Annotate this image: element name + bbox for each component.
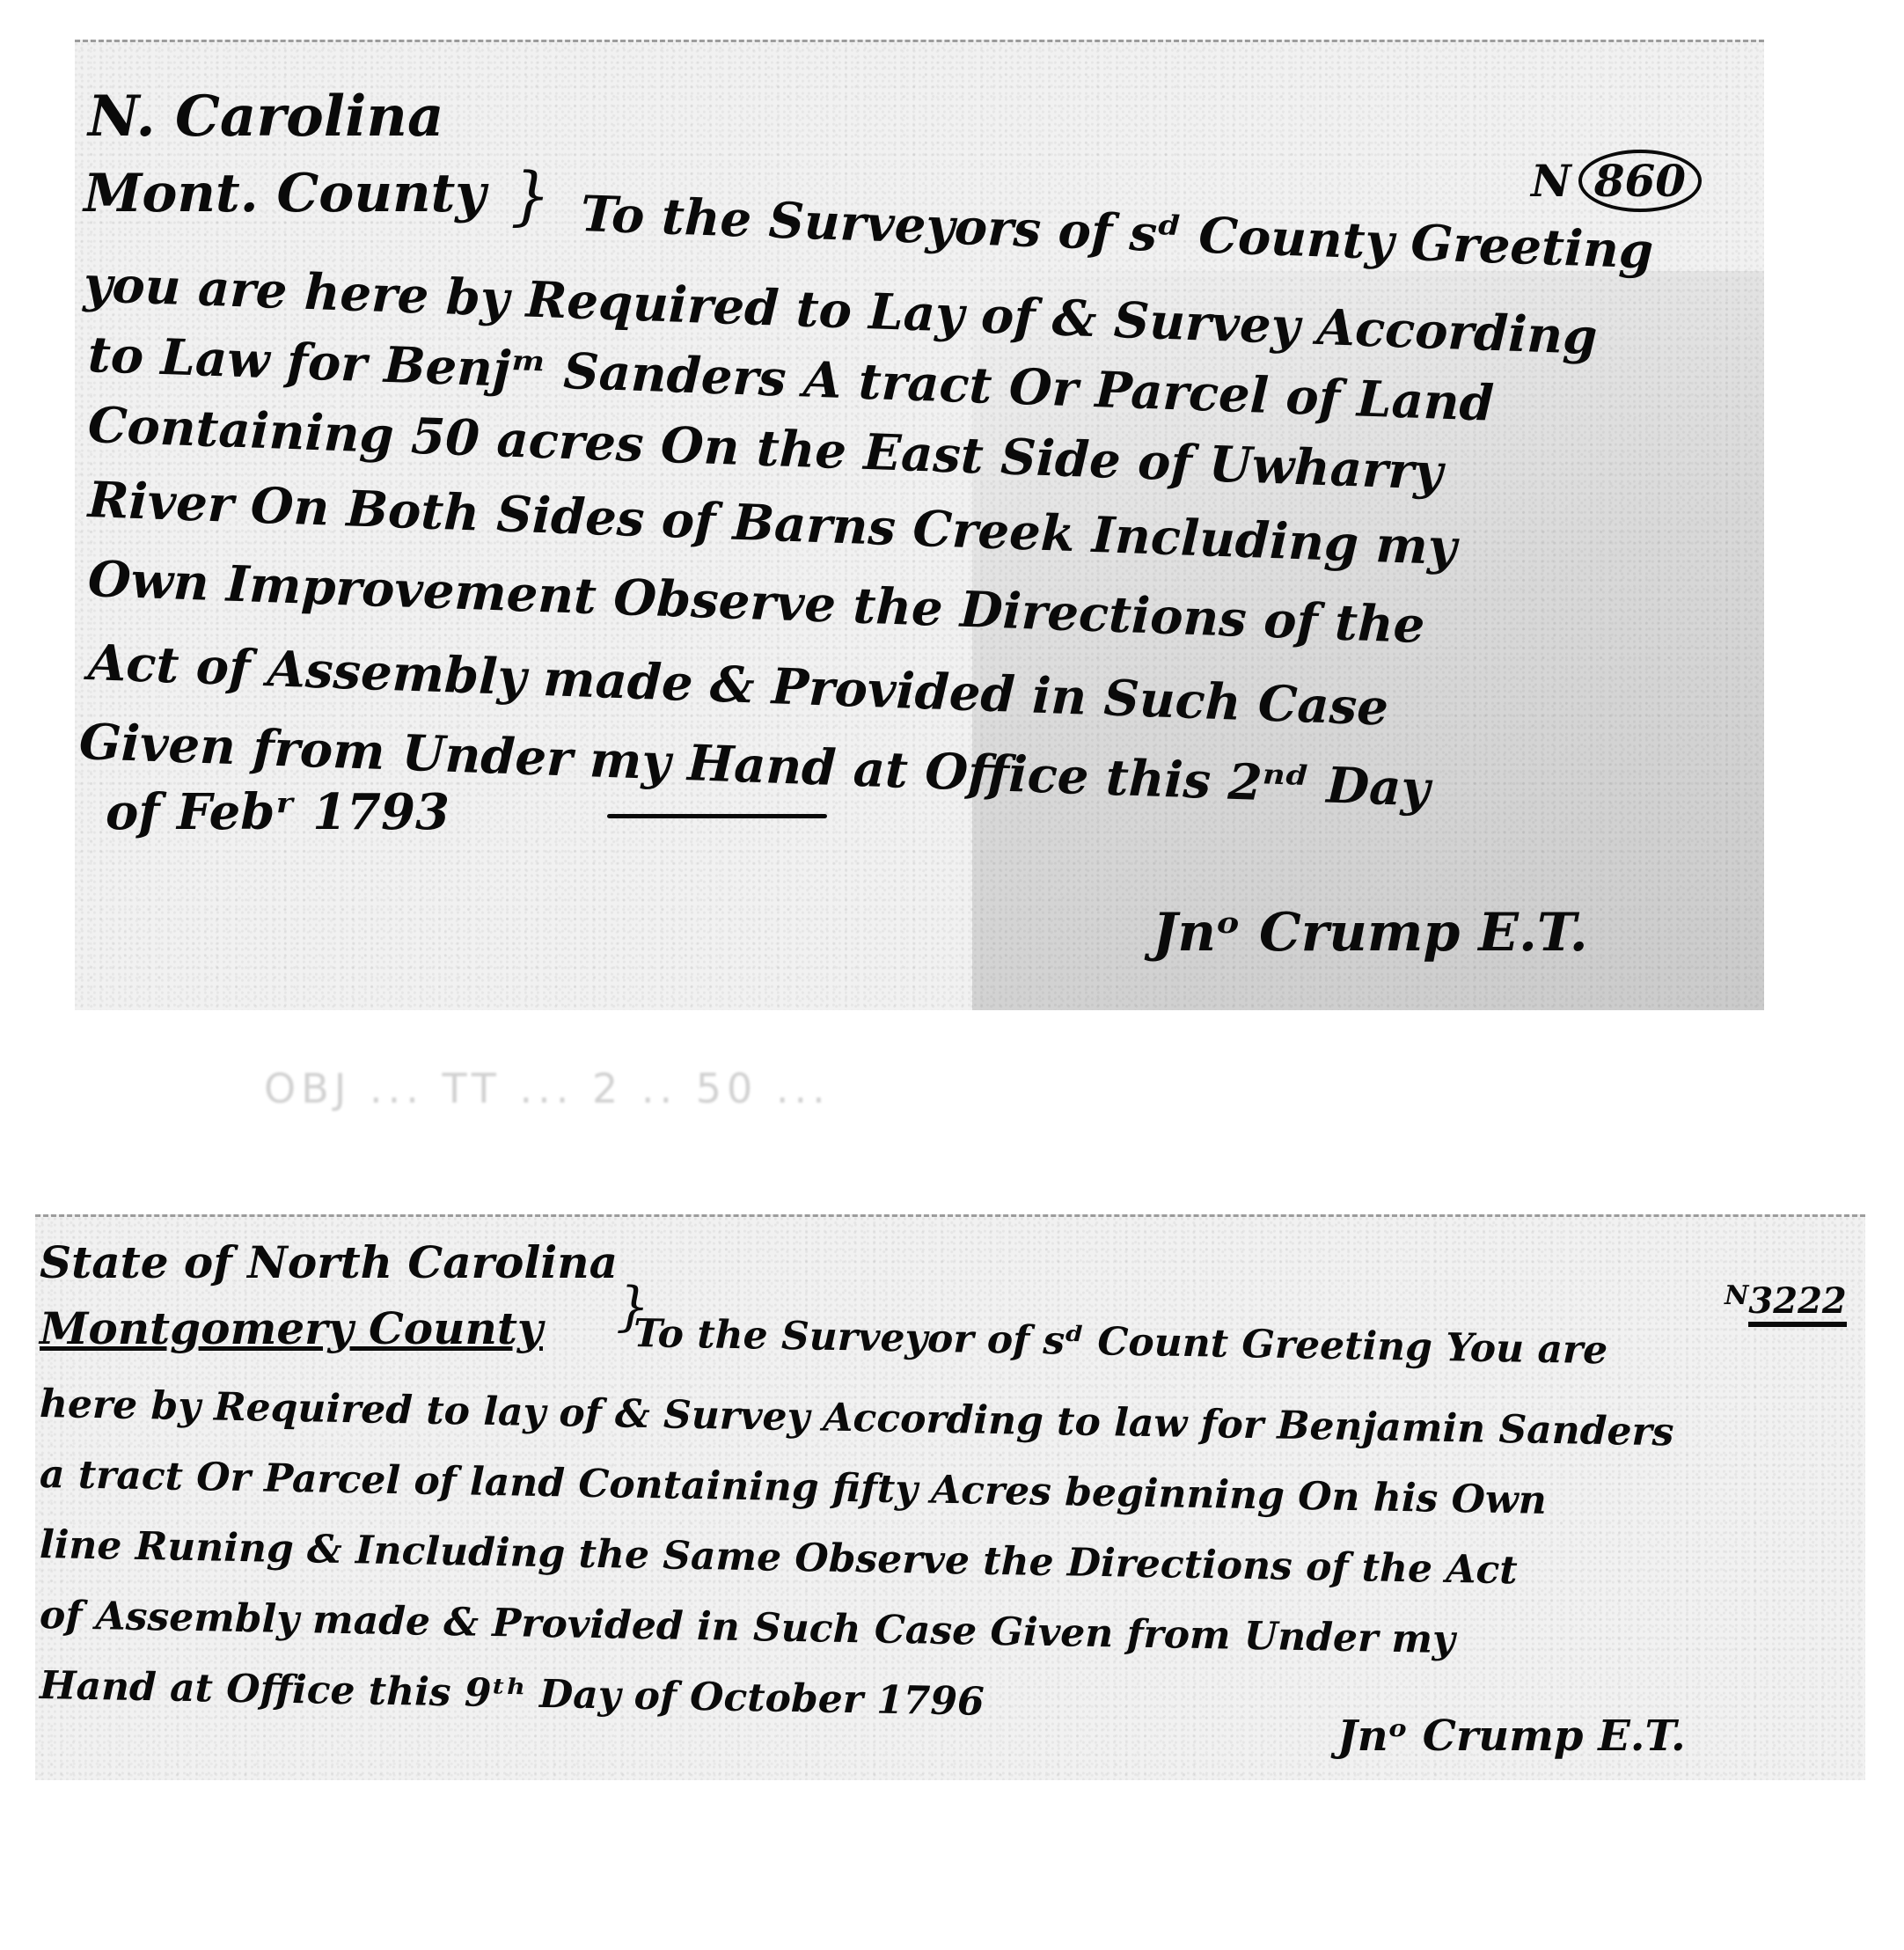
doc1-brace: } (510, 158, 551, 232)
doc2-county-heading: Montgomery County (40, 1302, 543, 1354)
doc1-entry-number-value: 860 (1578, 150, 1702, 212)
doc1-entry-number: N860 (1531, 150, 1702, 212)
doc1-line-9: of Febʳ 1793 (106, 783, 450, 841)
doc1-date-rule (607, 814, 827, 818)
doc1-county-heading: Mont. County (84, 163, 486, 224)
bleed-through-text: OBJ ... TT ... 2 .. 50 ... (264, 1065, 1496, 1126)
doc2-entry-prefix: N (1725, 1280, 1748, 1311)
doc1-entry-prefix: N (1531, 155, 1571, 207)
doc1-state-heading: N. Carolina (88, 84, 443, 150)
doc2-entry-number: N3222 (1725, 1280, 1847, 1322)
doc2-signature: Jnᵒ Crump E.T. (1337, 1712, 1686, 1761)
doc2-entry-number-value: 3222 (1748, 1280, 1846, 1327)
doc1-signature: Jnᵒ Crump E.T. (1153, 902, 1588, 964)
doc2-state-heading: State of North Carolina (40, 1236, 618, 1288)
